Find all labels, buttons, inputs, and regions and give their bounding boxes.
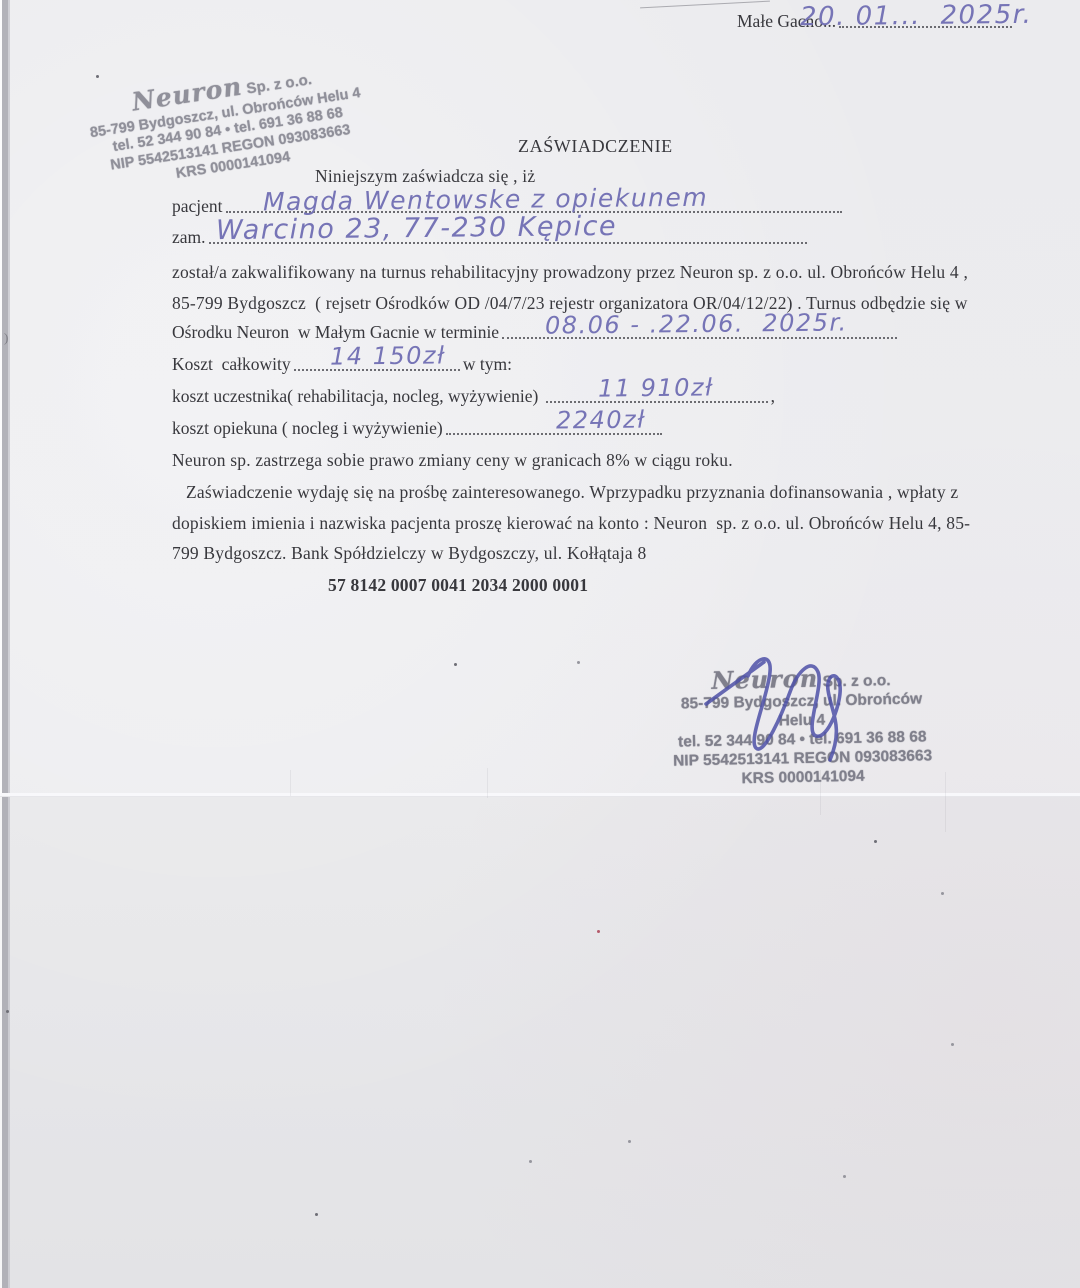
closing-line-2: dopiskiem imienia i nazwiska pacjenta pr… bbox=[172, 513, 970, 534]
closing-line-1: Zaświadczenie wydaję się na prośbę zaint… bbox=[186, 482, 958, 503]
scan-speck bbox=[951, 1043, 954, 1046]
handwritten-signature bbox=[698, 642, 858, 782]
closing-line-3: 799 Bydgoszcz. Bank Spółdzielczy w Bydgo… bbox=[172, 543, 646, 564]
handwritten-residence: Warcino 23, 77-230 Kępice bbox=[216, 211, 617, 246]
scan-crease bbox=[290, 770, 291, 796]
handwritten-participant-cost: 11 910zł bbox=[598, 373, 714, 402]
handwritten-total-cost: 14 150zł bbox=[330, 341, 446, 370]
scan-speck bbox=[6, 1010, 9, 1013]
scan-crease bbox=[820, 770, 821, 815]
scan-speck bbox=[577, 661, 580, 664]
total-cost-suffix: w tym: bbox=[463, 354, 512, 375]
scanned-certificate-document: Małe Gacno... 20. 01... 2025r. Neuron Sp… bbox=[0, 0, 1080, 1288]
scan-speck bbox=[843, 1175, 846, 1178]
body-line-1: został/a zakwalifikowany na turnus rehab… bbox=[172, 262, 968, 283]
caregiver-cost-label: koszt opiekuna ( nocleg i wyżywienie) bbox=[172, 418, 443, 439]
total-cost-label: Koszt całkowity bbox=[172, 354, 291, 375]
price-change-note: Neuron sp. zastrzega sobie prawo zmiany … bbox=[172, 450, 733, 471]
handwritten-date: 20. 01... 2025r. bbox=[800, 0, 1033, 32]
scan-speck-red bbox=[597, 930, 600, 933]
patient-label: pacjent bbox=[172, 196, 223, 217]
scan-speck bbox=[874, 840, 877, 843]
handwritten-caregiver-cost: 2240zł bbox=[556, 406, 646, 435]
handwritten-term-dates: 08.06 - .22.06. 2025r. bbox=[545, 308, 848, 339]
participant-cost-label: koszt uczestnika( rehabilitacja, nocleg,… bbox=[172, 386, 543, 407]
scan-speck bbox=[941, 892, 944, 895]
scan-speck bbox=[315, 1213, 318, 1216]
residence-label: zam. bbox=[172, 227, 206, 248]
scan-speck bbox=[454, 663, 457, 666]
scan-artifact-line bbox=[640, 1, 770, 9]
lower-paper-shade bbox=[0, 797, 1080, 1288]
term-label: Ośrodku Neuron w Małym Gacnie w terminie bbox=[172, 322, 499, 343]
bank-account-number: 57 8142 0007 0041 2034 2000 0001 bbox=[328, 575, 588, 596]
document-title: ZAŚWIADCZENIE bbox=[518, 136, 673, 157]
scan-speck bbox=[628, 1140, 631, 1143]
scan-crease bbox=[487, 768, 488, 798]
scan-crease bbox=[945, 772, 946, 832]
scan-speck bbox=[96, 75, 99, 78]
scan-mark: ) bbox=[4, 330, 8, 346]
scan-speck bbox=[529, 1160, 532, 1163]
participant-cost-suffix: , bbox=[771, 386, 775, 407]
